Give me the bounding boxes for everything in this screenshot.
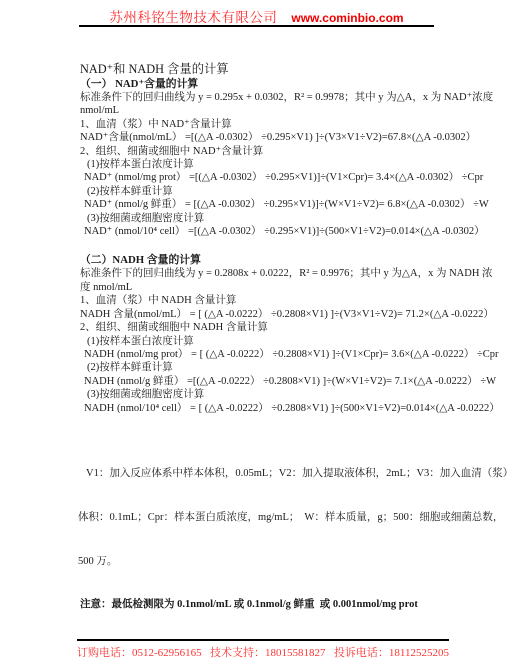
nadh-freshweight-formula: NADH (nmol/g 鲜重） =[(△A -0.0222） ÷0.2808×…	[80, 375, 522, 388]
document-body: NAD⁺和 NADH 含量的计算 （一） NAD⁺含量的计算 标准条件下的回归曲…	[80, 61, 522, 612]
complaint-phone: 投诉电话：18112525205	[334, 644, 449, 660]
nad-freshweight-heading: (2)按样本鲜重计算	[80, 185, 522, 198]
order-phone: 订购电话：0512-62956165	[77, 644, 202, 660]
nadh-tissue-heading: 2、组织、细菌或细胞中 NADH 含量计算	[80, 321, 522, 334]
nad-protein-heading: (1)按样本蛋白浓度计算	[80, 158, 522, 171]
nadh-section-heading: （二）NADH 含量的计算	[80, 253, 522, 267]
nad-protein-formula: NAD⁺ (nmol/mg prot） =[(△A -0.0302） ÷0.29…	[80, 171, 522, 184]
nad-freshweight-formula: NAD⁺ (nmol/g 鲜重） = [(△A -0.0302） ÷0.295×…	[80, 198, 522, 211]
nad-regression-line1: 标准条件下的回归曲线为 y = 0.295x + 0.0302，R² = 0.9…	[80, 91, 522, 104]
footer-divider	[77, 639, 449, 641]
nad-serum-formula: NAD⁺含量(nmol/mL） =[(△A -0.0302） ÷0.295×V1…	[80, 131, 522, 144]
header-divider	[79, 25, 434, 27]
nadh-cell-formula: NADH (nmol/10⁴ cell） = [ (△A -0.0222） ÷0…	[80, 402, 522, 415]
detection-limit-note: 注意：最低检测限为 0.1nmol/mL 或 0.1nmol/g 鲜重 或 0.…	[80, 598, 522, 612]
nadh-serum-heading: 1、血清（浆）中 NADH 含量计算	[80, 294, 522, 307]
page-footer: 订购电话：0512-62956165 技术支持：18015581827 投诉电话…	[77, 644, 449, 660]
website-url: www.cominbio.com	[291, 11, 403, 25]
tech-support-phone: 技术支持：18015581827	[210, 644, 326, 660]
nadh-freshweight-heading: (2)按样本鲜重计算	[80, 361, 522, 374]
page-header: 苏州科铭生物技术有限公司 www.cominbio.com	[79, 6, 434, 26]
nad-regression-line2: nmol/mL	[80, 104, 522, 117]
nadh-regression-line2: 度 nmol/mL	[80, 281, 522, 294]
nad-serum-heading: 1、血清（浆）中 NAD⁺含量计算	[80, 118, 522, 131]
company-name: 苏州科铭生物技术有限公司	[109, 6, 277, 26]
doc-title: NAD⁺和 NADH 含量的计算	[80, 61, 522, 77]
nad-tissue-heading: 2、组织、细菌或细胞中 NAD⁺含量计算	[80, 145, 522, 158]
variables-note-line2: 体积：0.1mL；Cpr：样本蛋白质浓度，mg/mL； W：样本质量，g；500…	[78, 511, 522, 526]
variables-note-line3: 500 万。	[78, 555, 522, 570]
nad-cell-heading: (3)按细菌或细胞密度计算	[80, 212, 522, 225]
variables-note-line1: V1：加入反应体系中样本体积，0.05mL；V2：加入提取液体积，2mL；V3：…	[80, 467, 522, 482]
nad-section-heading: （一） NAD⁺含量的计算	[80, 77, 522, 91]
nad-cell-formula: NAD⁺ (nmol/10⁴ cell） =[(△A -0.0302） ÷0.2…	[80, 225, 522, 238]
nadh-serum-formula: NADH 含量(nmol/mL） = [ (△A -0.0222） ÷0.280…	[80, 308, 522, 321]
nadh-protein-heading: (1)按样本蛋白浓度计算	[80, 335, 522, 348]
nadh-protein-formula: NADH (nmol/mg prot） = [ (△A -0.0222） ÷0.…	[80, 348, 522, 361]
nadh-regression-line1: 标准条件下的回归曲线为 y = 0.2808x + 0.0222，R² = 0.…	[80, 267, 522, 280]
document-page: 苏州科铭生物技术有限公司 www.cominbio.com NAD⁺和 NADH…	[0, 0, 526, 668]
nadh-cell-heading: (3)按细菌或细胞密度计算	[80, 388, 522, 401]
variables-note: V1：加入反应体系中样本体积，0.05mL；V2：加入提取液体积，2mL；V3：…	[80, 438, 522, 599]
